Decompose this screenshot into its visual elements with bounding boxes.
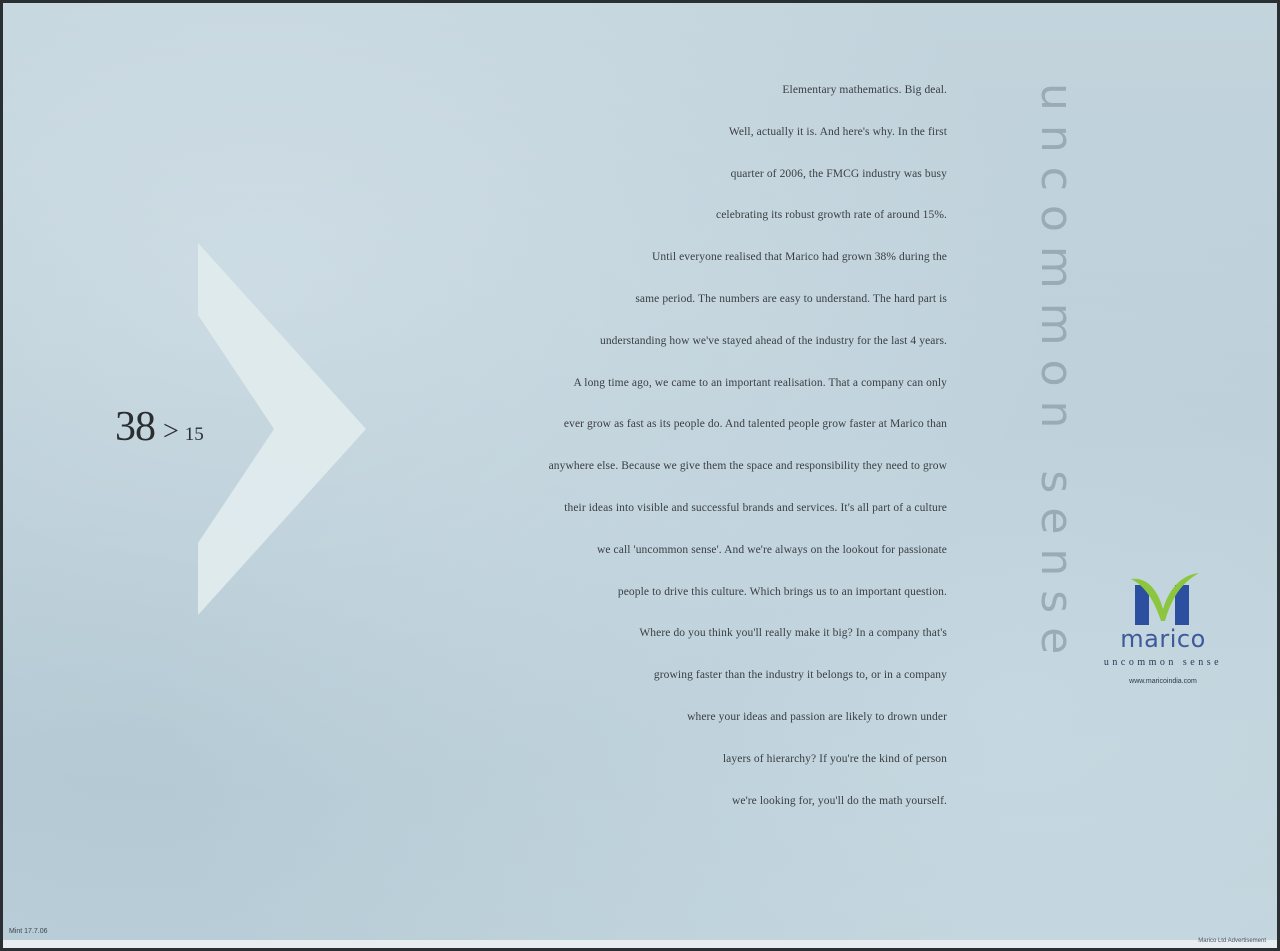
body-line: celebrating its robust growth rate of ar… — [363, 204, 947, 246]
headline-right-number: 15 — [185, 424, 204, 445]
body-line: quarter of 2006, the FMCG industry was b… — [363, 163, 947, 205]
body-line: A long time ago, we came to an important… — [363, 372, 947, 414]
body-line: we call 'uncommon sense'. And we're alwa… — [363, 539, 947, 581]
chevron-arrow-icon — [198, 243, 368, 615]
body-line: Well, actually it is. And here's why. In… — [363, 121, 947, 163]
body-line: their ideas into visible and successful … — [363, 497, 947, 539]
headline-operator: > — [163, 416, 179, 447]
publication-stamp: Mint 17.7.06 — [9, 928, 48, 935]
body-line: same period. The numbers are easy to und… — [363, 288, 947, 330]
headline: 38>15 — [115, 403, 204, 451]
marico-logo-icon — [1123, 569, 1203, 629]
body-line: Where do you think you'll really make it… — [363, 622, 947, 664]
ad-page: 38>15 Elementary mathematics. Big deal.W… — [3, 3, 1277, 943]
brand-logo: marico uncommon sense www.maricoindia.co… — [1063, 569, 1263, 685]
body-line: we're looking for, you'll do the math yo… — [363, 790, 947, 832]
headline-left-number: 38 — [115, 404, 155, 450]
body-line: ever grow as fast as its people do. And … — [363, 413, 947, 455]
body-line: where your ideas and passion are likely … — [363, 706, 947, 748]
logo-tagline: uncommon sense — [1063, 657, 1263, 668]
logo-url: www.maricoindia.com — [1063, 678, 1263, 685]
body-line: Until everyone realised that Marico had … — [363, 246, 947, 288]
body-copy: Elementary mathematics. Big deal.Well, a… — [363, 79, 947, 831]
body-line: growing faster than the industry it belo… — [363, 664, 947, 706]
body-line: layers of hierarchy? If you're the kind … — [363, 748, 947, 790]
logo-wordmark: marico — [1063, 625, 1263, 653]
body-line: people to drive this culture. Which brin… — [363, 581, 947, 623]
page-bottom-edge — [3, 940, 1277, 948]
credit-line: Marico Ltd Advertisement — [1198, 938, 1266, 944]
body-line: anywhere else. Because we give them the … — [363, 455, 947, 497]
body-line: understanding how we've stayed ahead of … — [363, 330, 947, 372]
body-line: Elementary mathematics. Big deal. — [363, 79, 947, 121]
